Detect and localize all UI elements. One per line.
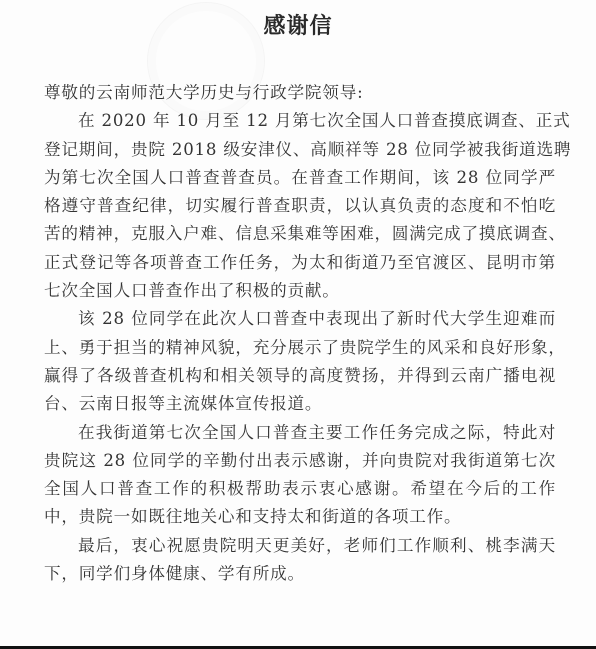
paragraph-1-line-6: 正式登记等各项普查工作任务，为太和街道乃至官渡区、昆明市第 <box>44 249 556 277</box>
paragraph-1-line-5: 苦的精神，克服入户难、信息采集难等困难，圆满完成了摸底调查、 <box>44 220 556 248</box>
letter-body: 尊敬的云南师范大学历史与行政学院领导: 在 2020 年 10 月至 12 月第… <box>44 79 556 588</box>
paragraph-2-line-4: 台、云南日报等主流媒体宣传报道。 <box>44 390 556 418</box>
paragraph-1-line-7: 七次全国人口普查作出了积极的贡献。 <box>44 277 556 305</box>
paragraph-1-line-3: 为第七次全国人口普查普查员。在普查工作期间，该 28 位同学严 <box>44 164 556 192</box>
paragraph-2-line-1: 该 28 位同学在此次人口普查中表现出了新时代大学生迎难而 <box>44 305 556 333</box>
paragraph-3-line-4: 中，贵院一如既往地关心和支持太和街道的各项工作。 <box>44 503 556 531</box>
document-page: 感谢信 尊敬的云南师范大学历史与行政学院领导: 在 2020 年 10 月至 1… <box>0 0 596 646</box>
paragraph-1-line-2: 登记期间，贵院 2018 级安津仪、高顺祥等 28 位同学被我街道选聘 <box>44 136 556 164</box>
paragraph-1-line-1: 在 2020 年 10 月至 12 月第七次全国人口普查摸底调查、正式 <box>44 107 556 135</box>
paragraph-2-line-2: 上、勇于担当的精神风貌，充分展示了贵院学生的风采和良好形象， <box>44 334 556 362</box>
salutation: 尊敬的云南师范大学历史与行政学院领导: <box>44 79 556 107</box>
paragraph-3-line-1: 在我街道第七次全国人口普查主要工作任务完成之际，特此对 <box>44 419 556 447</box>
paragraph-2-line-3: 赢得了各级普查机构和相关领导的高度赞扬，并得到云南广播电视 <box>44 362 556 390</box>
paragraph-3-line-3: 全国人口普查工作的积极帮助表示衷心感谢。希望在今后的工作 <box>44 475 556 503</box>
letter-title: 感谢信 <box>0 9 596 40</box>
paragraph-1-line-4: 格遵守普查纪律，切实履行普查职责，以认真负责的态度和不怕吃 <box>44 192 556 220</box>
paragraph-4-line-1: 最后，衷心祝愿贵院明天更美好，老师们工作顺利、桃李满天 <box>44 532 556 560</box>
paragraph-4-line-2: 下，同学们身体健康、学有所成。 <box>44 560 556 588</box>
paragraph-3-line-2: 贵院这 28 位同学的辛勤付出表示感谢，并向贵院对我街道第七次 <box>44 447 556 475</box>
